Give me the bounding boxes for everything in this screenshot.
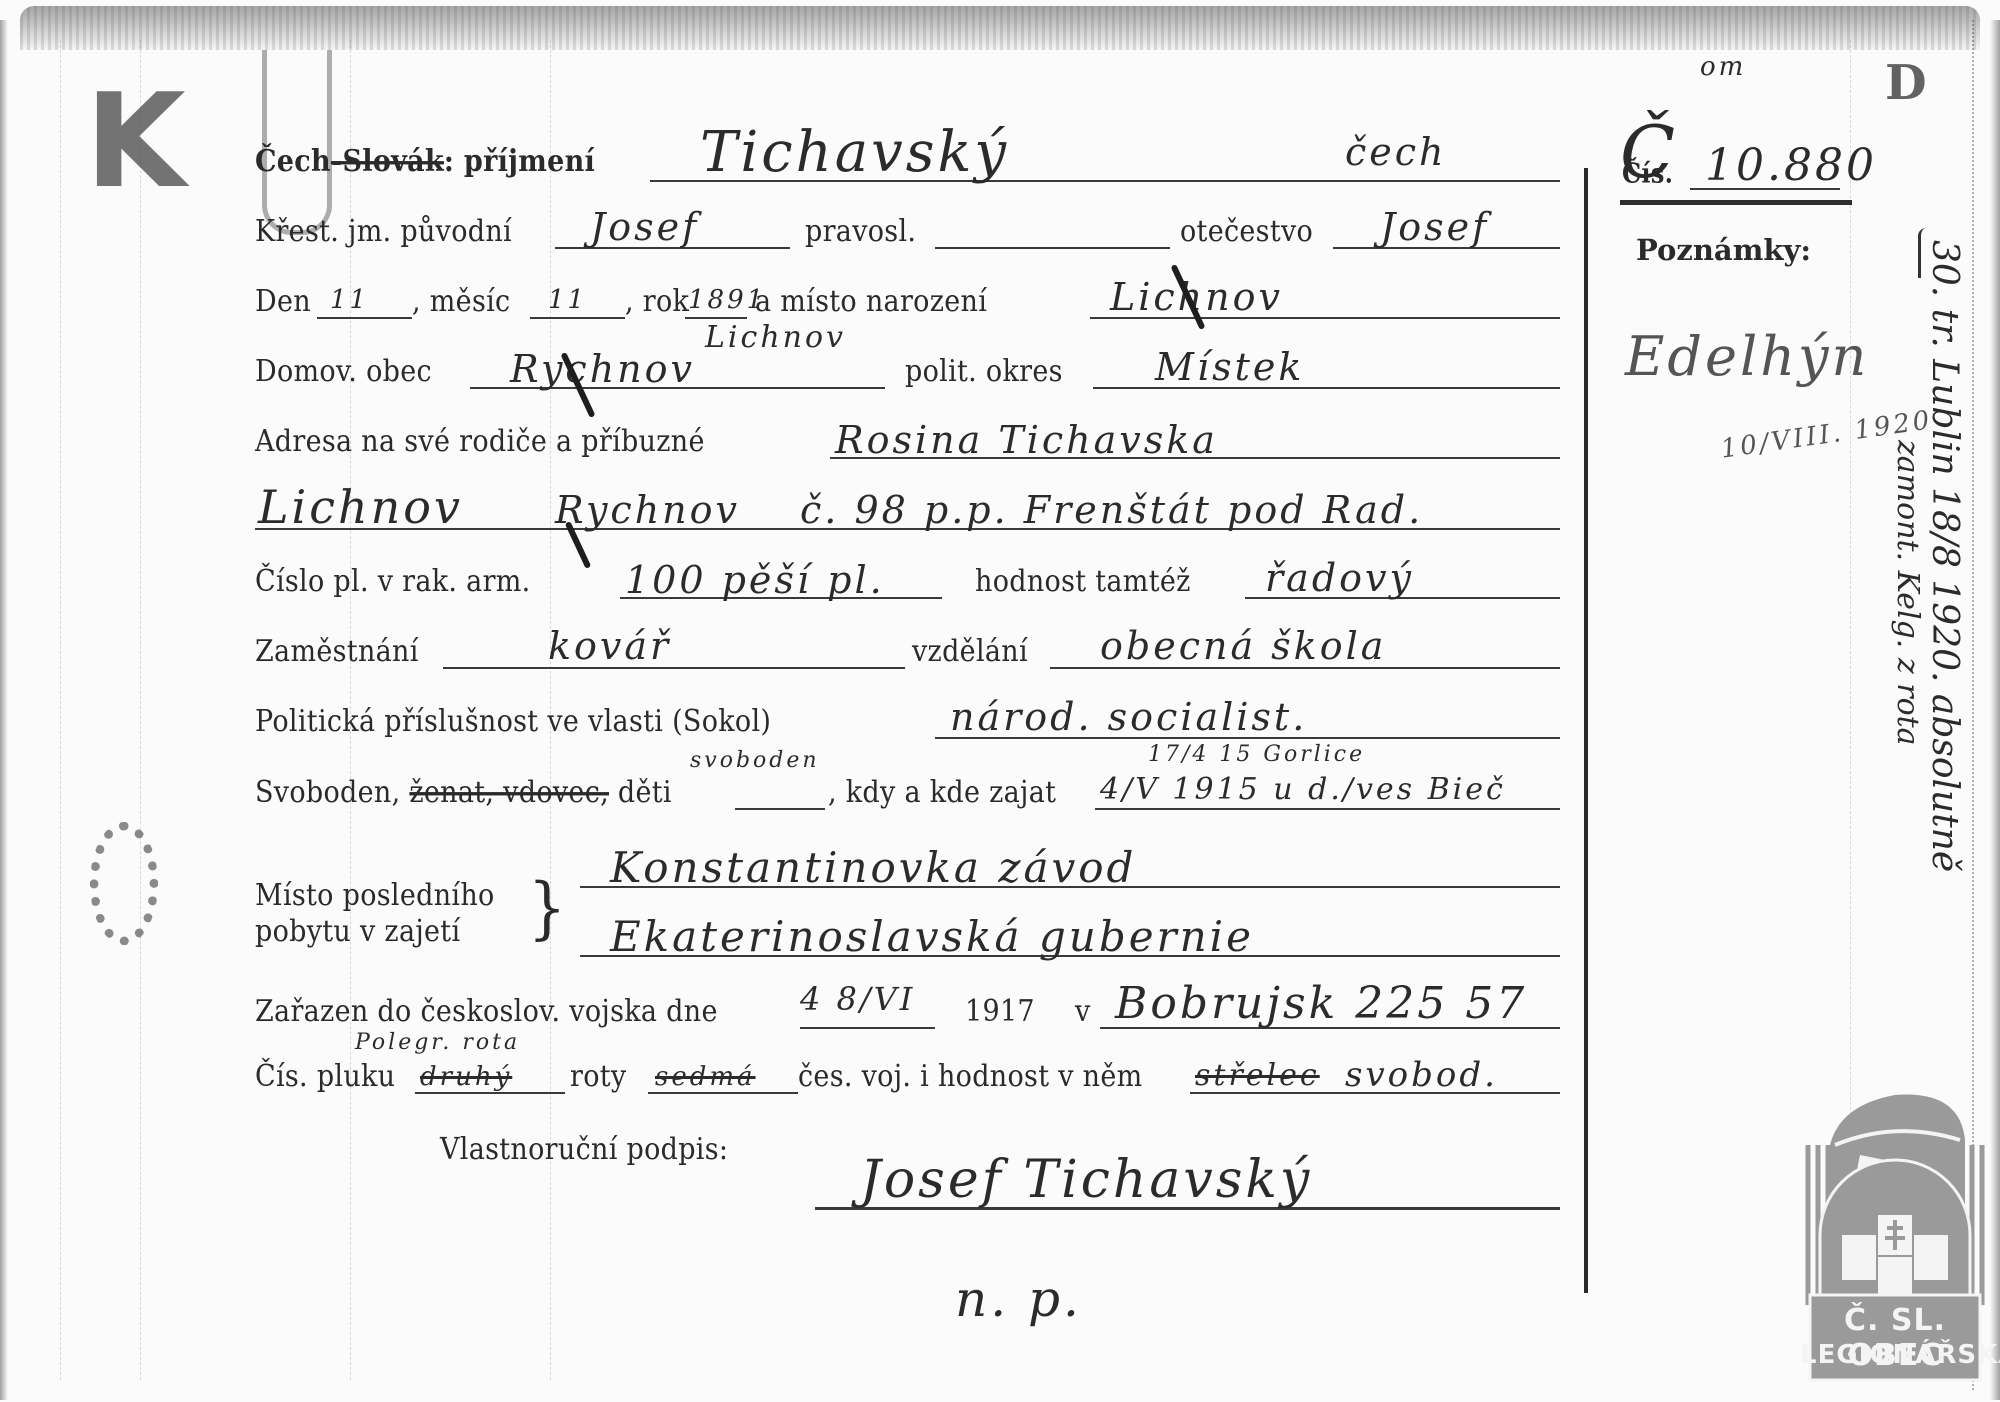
children-line xyxy=(735,808,825,810)
corner-u-mark xyxy=(262,50,332,235)
district-label: polit. okres xyxy=(905,354,1063,389)
enlisted-year: 1917 xyxy=(965,994,1035,1029)
rank-value: řadový xyxy=(1265,556,1414,600)
year-label: , rok xyxy=(625,284,689,319)
vertical-note-1: 30. tr. Lublin 18/8 1920. absolutně xyxy=(1924,240,1965,872)
address-line-2-struck: Rychnov xyxy=(555,488,740,532)
political-label: Politická příslušnost ve vlasti (Sokol) xyxy=(255,704,771,739)
home-correction: Lichnov xyxy=(705,320,846,355)
given-name-label: Křest. jm. původní xyxy=(255,214,512,249)
company-label: roty xyxy=(570,1059,626,1094)
day-line xyxy=(317,317,412,319)
address-line-2-value: č. 98 p.p. Frenštát pod Rad. xyxy=(800,488,1423,532)
patronymic-label: otečestvo xyxy=(1180,214,1313,249)
surname-label: : příjmení xyxy=(444,144,595,179)
captured-value: 4/V 1915 u d./ves Bieč xyxy=(1100,772,1506,807)
education-value: obecná škola xyxy=(1100,624,1386,668)
last-stay-label-2: pobytu v zajetí xyxy=(255,914,460,949)
logo-text-line-2: LEGIONÁŘSKÁ xyxy=(1800,1340,1990,1370)
rank-label: hodnost tamtéž xyxy=(975,564,1191,599)
register-number-value: 10.880 xyxy=(1705,140,1877,191)
address-line-2-prefix: Lichnov xyxy=(258,480,463,534)
orthodox-label: pravosl. xyxy=(805,214,916,249)
occupation-line xyxy=(443,667,905,669)
registration-card: K D Čech-Slovák: příjmení Tichavský čech… xyxy=(0,0,2000,1402)
month-value: 11 xyxy=(548,285,587,315)
enlisted-label: Zařazen do českoslov. vojska dne xyxy=(255,994,718,1029)
scan-artifact-line xyxy=(60,40,62,1380)
marital-value: svoboden xyxy=(690,748,820,773)
unit-rank-label: čes. voj. i hodnost v něm xyxy=(798,1059,1143,1094)
unit-line xyxy=(415,1092,565,1094)
captured-note: 17/4 15 Gorlice xyxy=(1148,742,1365,767)
occupation-value: kovář xyxy=(548,624,671,668)
patronymic-value: Josef xyxy=(1380,205,1489,249)
birthplace-label: a místo narození xyxy=(755,284,987,319)
month-label: , měsíc xyxy=(412,284,510,319)
enlisted-date-line xyxy=(800,1027,935,1029)
regiment-value: 100 pěší pl. xyxy=(625,558,885,602)
column-divider xyxy=(1584,168,1588,1293)
occupation-label: Zaměstnání xyxy=(255,634,419,669)
unit-struck-value: druhý xyxy=(420,1062,512,1092)
last-stay-value-1: Konstantinovka závod xyxy=(610,843,1136,892)
month-line xyxy=(530,317,625,319)
address-line-1-value: Rosina Tichavska xyxy=(835,418,1218,462)
given-name-value: Josef xyxy=(590,205,699,249)
enlisted-date-value: 4 8/VI xyxy=(800,980,915,1018)
day-label: Den xyxy=(255,284,311,319)
register-number-label: Čís. xyxy=(1622,157,1673,189)
notes-entry-1: Edelhýn xyxy=(1625,325,1869,388)
scan-left-edge xyxy=(0,20,8,1400)
year-line xyxy=(685,317,747,319)
signature-value: Josef Tichavský xyxy=(860,1150,1312,1210)
scan-right-edge xyxy=(1990,20,2000,1400)
scan-artifact-line xyxy=(140,40,142,1380)
register-separator-rule xyxy=(1620,200,1852,205)
last-stay-value-2: Ekaterinoslavská gubernie xyxy=(610,912,1254,961)
political-value: národ. socialist. xyxy=(950,695,1307,739)
last-stay-brace: } xyxy=(528,870,566,948)
home-struck-value: Rychnov xyxy=(510,347,695,391)
orthodox-line xyxy=(935,247,1170,249)
company-struck-value: sedmá xyxy=(655,1062,756,1092)
nationality-czech-text: Čech xyxy=(255,144,331,179)
home-label: Domov. obec xyxy=(255,354,432,389)
education-label: vzdělání xyxy=(912,634,1028,669)
marital-label: Svoboden, ženat, vdovec, děti xyxy=(255,775,672,810)
notes-label: Poznámky: xyxy=(1636,233,1811,267)
company-line xyxy=(648,1092,798,1094)
enlisted-place-label: v xyxy=(1075,994,1091,1029)
captured-label: , kdy a kde zajat xyxy=(828,775,1056,810)
district-value: Místek xyxy=(1155,345,1304,389)
corner-letter-k-mark: K xyxy=(85,65,186,217)
vertical-note-2: zamont. Kelg. z rota xyxy=(1890,440,1925,746)
day-value: 11 xyxy=(330,285,369,315)
legion-association-logo: Č. SL. OBEC LEGIONÁŘSKÁ xyxy=(1800,1085,1990,1390)
nationality-value: čech xyxy=(1345,130,1447,174)
captured-line xyxy=(1095,808,1560,810)
unit-rank-value: svobod. xyxy=(1345,1055,1498,1095)
unit-label: Čís. pluku xyxy=(255,1059,395,1094)
marital-single-text: Svoboden, xyxy=(255,775,400,810)
marital-children-text: děti xyxy=(618,775,672,810)
last-stay-label-1: Místo posledního xyxy=(255,878,495,913)
signature-note: n. p. xyxy=(955,1270,1082,1328)
scan-top-edge xyxy=(20,6,1980,50)
signature-label: Vlastnoruční podpis: xyxy=(440,1132,728,1167)
enlisted-place-value: Bobrujsk 225 57 xyxy=(1115,978,1527,1029)
surname-value: Tichavský xyxy=(700,120,1009,185)
nationality-label: Čech-Slovák: příjmení xyxy=(255,144,595,179)
regiment-label: Číslo pl. v rak. arm. xyxy=(255,564,531,599)
unit-note: Polegr. rota xyxy=(355,1030,520,1055)
nationality-slovak-struck: -Slovák xyxy=(331,144,444,179)
address-label: Adresa na své rodiče a příbuzné xyxy=(255,424,705,459)
unit-rank-struck-value: střelec xyxy=(1195,1058,1320,1093)
left-zero-mark xyxy=(90,822,158,945)
register-number-line xyxy=(1690,188,1840,190)
marital-struck-text: ženat, vdovec, xyxy=(409,775,609,810)
register-prefix-extra: om xyxy=(1700,52,1746,82)
corner-letter-d-mark: D xyxy=(1885,55,1927,111)
